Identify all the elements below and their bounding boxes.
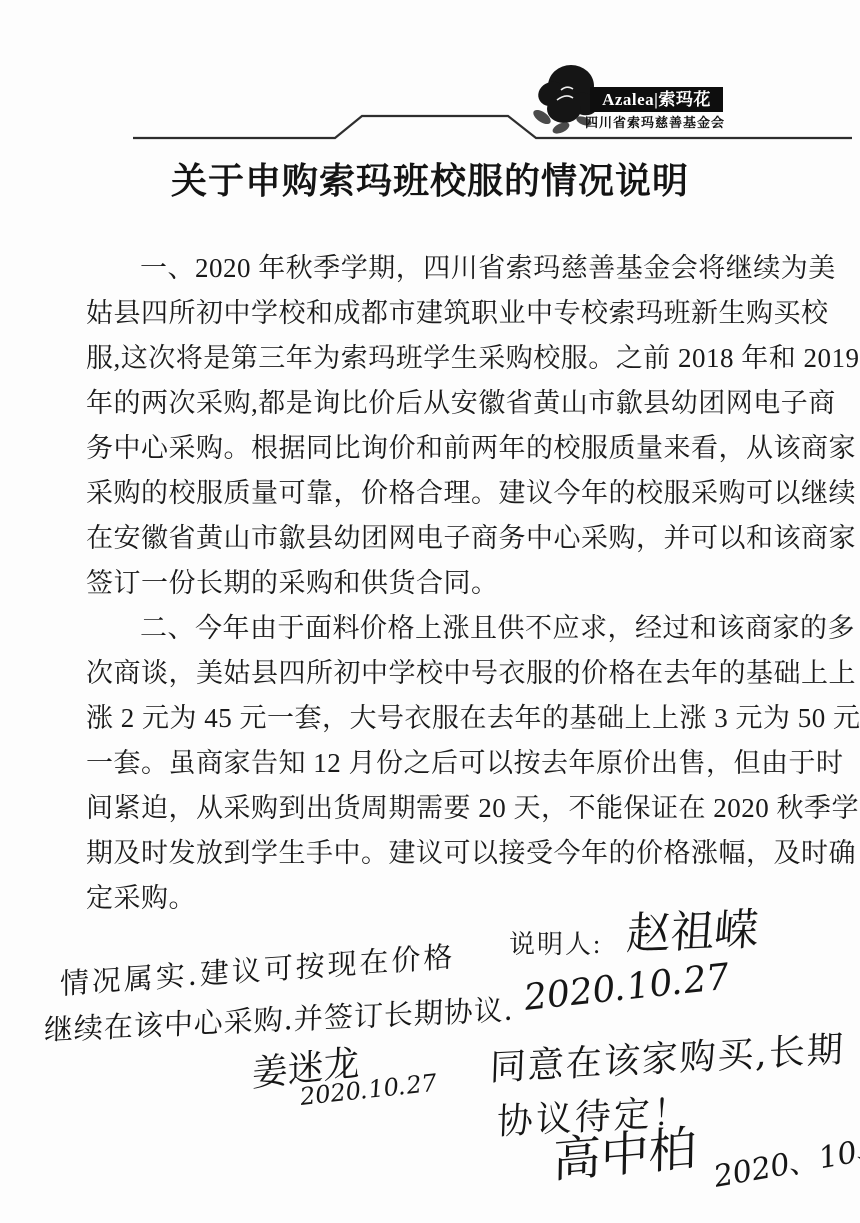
right-note-line1: 同意在该家购买,长期	[489, 1021, 846, 1091]
body-line: 二、今年由于面料价格上涨且供不应求，经过和该商家的多	[86, 606, 778, 651]
body-line: 次商谈，美姑县四所初中学校中号衣服的价格在去年的基础上上	[86, 651, 778, 696]
header-divider-line	[0, 0, 860, 160]
body-line: 服,这次将是第三年为索玛班学生采购校服。之前 2018 年和 2019	[86, 336, 778, 381]
logo-org-name: 四川省索玛慈善基金会	[585, 112, 725, 131]
body-line: 期及时发放到学生手中。建议可以接受今年的价格涨幅，及时确	[86, 831, 778, 876]
body-line: 签订一份长期的采购和供货合同。	[86, 561, 778, 606]
right-note-date: 2020、10、27	[714, 1115, 860, 1197]
right-note-signature: 高中柏	[552, 1109, 697, 1191]
body-line: 务中心采购。根据同比询价和前两年的校服质量来看，从该商家	[86, 426, 778, 471]
body-line: 涨 2 元为 45 元一套，大号衣服在去年的基础上上涨 3 元为 50 元	[86, 696, 778, 741]
logo-brand-text: Azalea|索玛花	[602, 90, 711, 109]
body-line: 一、2020 年秋季学期，四川省索玛慈善基金会将继续为美	[86, 246, 778, 291]
signoff-handwritten-signature: 赵祖嵘	[625, 893, 761, 962]
body-line: 间紧迫，从采购到出货周期需要 20 天，不能保证在 2020 秋季学	[86, 786, 778, 831]
body-line: 年的两次采购,都是询比价后从安徽省黄山市歙县幼团网电子商	[86, 381, 778, 426]
signoff-handwritten-date: 2020.10.27	[523, 956, 731, 1019]
body-line: 一套。虽商家告知 12 月份之后可以按去年原价出售，但由于时	[86, 741, 778, 786]
logo-brand-banner: Azalea|索玛花	[590, 87, 723, 112]
body-line: 在安徽省黄山市歙县幼团网电子商务中心采购，并可以和该商家	[86, 516, 778, 561]
body-line: 采购的校服质量可靠，价格合理。建议今年的校服采购可以继续	[86, 471, 778, 516]
document-body: 一、2020 年秋季学期，四川省索玛慈善基金会将继续为美姑县四所初中学校和成都市…	[86, 246, 778, 921]
body-line: 姑县四所初中学校和成都市建筑职业中专校索玛班新生购买校	[86, 291, 778, 336]
scanned-document-page: Azalea|索玛花 四川省索玛慈善基金会 关于申购索玛班校服的情况说明 一、2…	[0, 0, 860, 1223]
signoff-label: 说明人:	[509, 924, 602, 961]
page-title: 关于申购索玛班校服的情况说明	[0, 153, 860, 204]
